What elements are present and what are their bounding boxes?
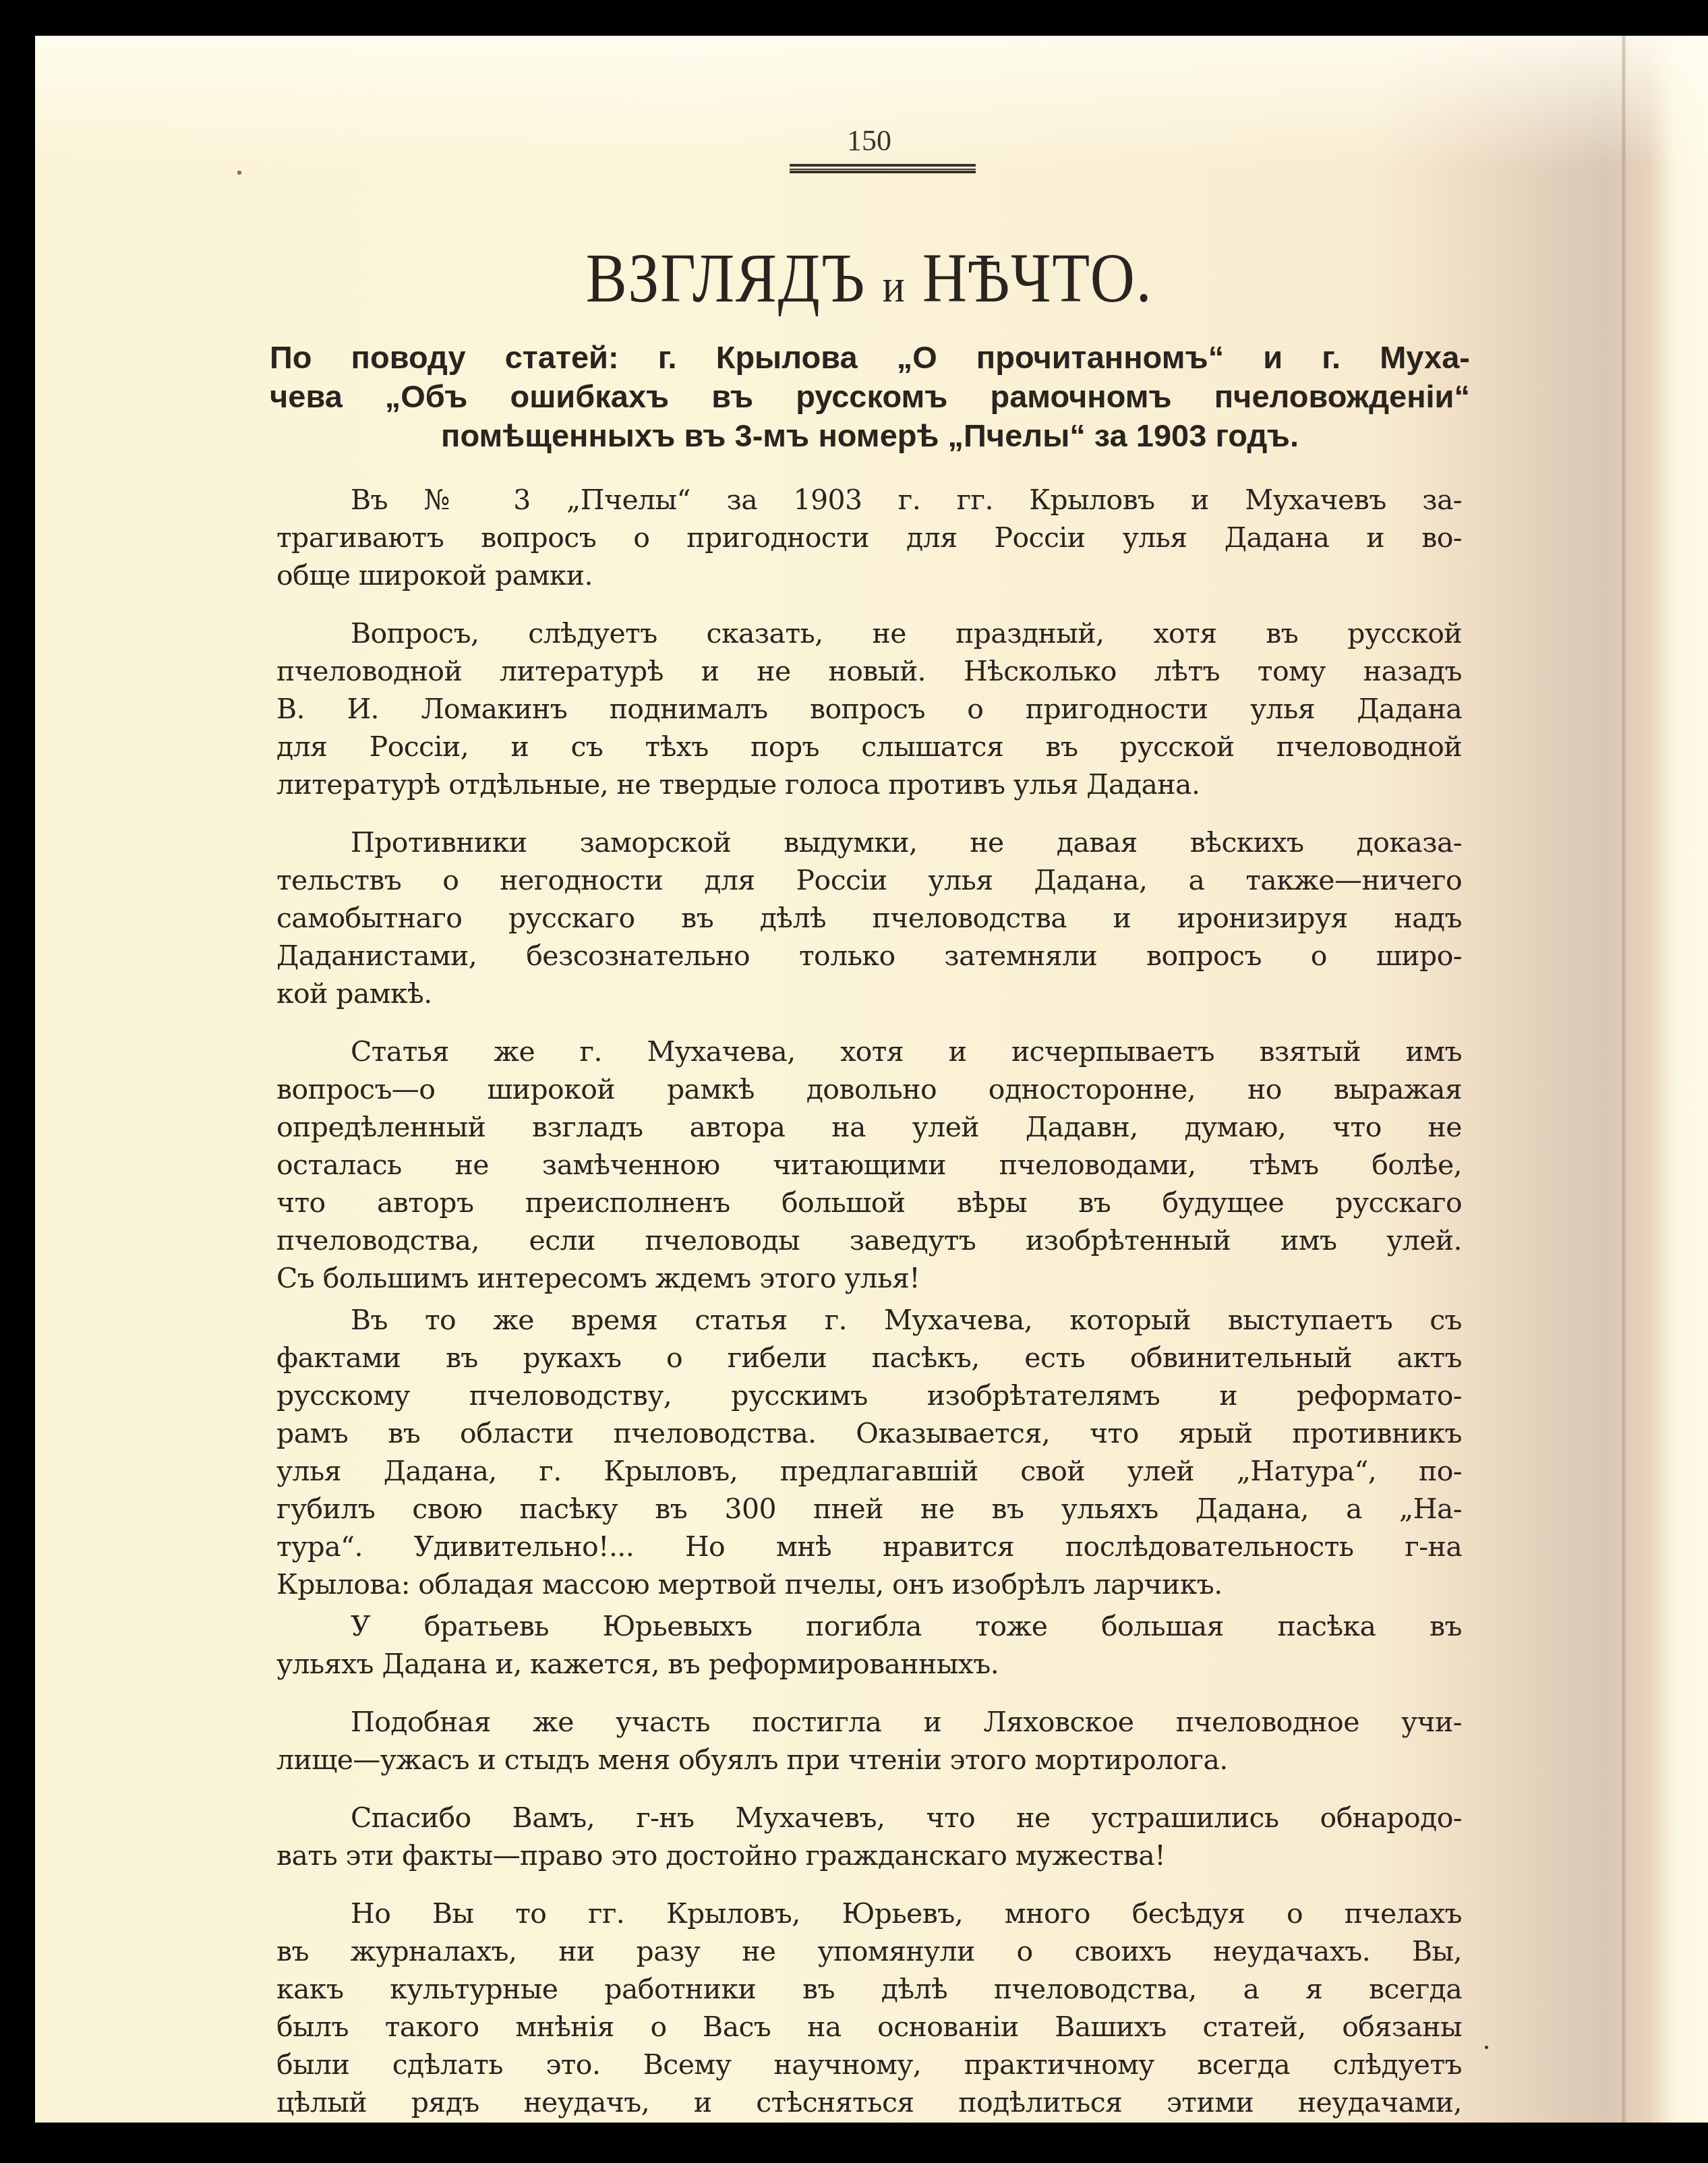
paragraph: Но Вы то гг. Крыловъ, Юрьевъ, много бесѣ… <box>276 1895 1462 2121</box>
text-line: Подобная же участь постигла и Ляховское … <box>276 1703 1462 1741</box>
text-line: Спасибо Вамъ, г-нъ Мухачевъ, что не устр… <box>276 1799 1462 1837</box>
text-line: литературѣ отдѣльные, не твердые голоса … <box>276 766 1462 803</box>
text-line: обще широкой рамки. <box>276 556 1462 594</box>
text-line: русскому пчеловодству, русскимъ изобрѣта… <box>276 1377 1462 1414</box>
paragraph: Противники заморской выдумки, не давая в… <box>276 824 1462 1012</box>
title-word-1: ВЗГЛЯДЪ <box>586 239 866 317</box>
text-line: для Россіи, и съ тѣхъ поръ слышатся въ р… <box>276 728 1462 766</box>
text-line: Въ то же время статья г. Мухачева, котор… <box>276 1301 1462 1339</box>
text-line: Крылова: обладая массою мертвой пчелы, о… <box>276 1565 1462 1603</box>
paragraph: У братьевь Юрьевыхъ погибла тоже большая… <box>276 1607 1462 1683</box>
text-line: трагиваютъ вопросъ о пригодности для Рос… <box>276 519 1462 556</box>
text-line: тура“. Удивительно!... Но мнѣ нравится п… <box>276 1528 1462 1565</box>
text-line: Но Вы то гг. Крыловъ, Юрьевъ, много бесѣ… <box>276 1895 1462 1932</box>
text-line: Вопросъ, слѣдуетъ сказать, не праздный, … <box>276 614 1462 652</box>
text-line: осталась не замѣченною читающими пчелово… <box>276 1146 1462 1184</box>
text-line: рамъ въ области пчеловодства. Оказываетс… <box>276 1414 1462 1452</box>
text-line: пчеловодства, если пчеловоды заведутъ из… <box>276 1221 1462 1259</box>
text-line: Даданистами, безсознательно только затем… <box>276 937 1462 975</box>
paragraph: Подобная же участь постигла и Ляховское … <box>276 1703 1462 1779</box>
subtitle-line: По поводу статей: г. Крылова „О прочитан… <box>270 338 1470 377</box>
text-line: въ журналахъ, ни разу не упомянули о сво… <box>276 1932 1462 1970</box>
page-number: 150 <box>276 123 1462 158</box>
text-line: фактами въ рукахъ о гибели пасѣкъ, есть … <box>276 1339 1462 1377</box>
paragraph: Въ № 3 „Пчелы“ за 1903 г. гг. Крыловъ и … <box>276 481 1462 594</box>
page-number-rule <box>790 164 976 173</box>
text-line: Съ большимъ интересомъ ждемъ этого улья! <box>276 1259 1462 1297</box>
page-fold-shadow <box>1621 36 1626 2123</box>
text-line: ульяхъ Дадана и, кажется, въ реформирова… <box>276 1645 1462 1683</box>
text-line: лище—ужасъ и стыдъ меня обуялъ при чтені… <box>276 1741 1462 1779</box>
text-line: улья Дадана, г. Крыловъ, предлагавшій св… <box>276 1452 1462 1490</box>
text-line: какъ культурные работники въ дѣлѣ пчелов… <box>276 1970 1462 2008</box>
text-line: самобытнаго русскаго въ дѣлѣ пчеловодств… <box>276 899 1462 937</box>
subtitle-line: помѣщенныхъ въ 3-мъ номерѣ „Пчелы“ за 19… <box>270 416 1470 455</box>
ink-speck <box>237 171 241 175</box>
text-line: опредѣленный взгладъ автора на улей Дада… <box>276 1108 1462 1146</box>
article-subtitle: По поводу статей: г. Крылова „О прочитан… <box>270 338 1470 455</box>
text-line: тельствъ о негодности для Россіи улья Да… <box>276 861 1462 899</box>
paragraph: Спасибо Вамъ, г-нъ Мухачевъ, что не устр… <box>276 1799 1462 1874</box>
text-line: пчеловодной литературѣ и не новый. Нѣско… <box>276 652 1462 690</box>
text-line: губилъ свою пасѣку въ 300 пней не въ уль… <box>276 1490 1462 1528</box>
text-line: Противники заморской выдумки, не давая в… <box>276 824 1462 861</box>
paragraph: Вопросъ, слѣдуетъ сказать, не праздный, … <box>276 614 1462 803</box>
text-line: вопросъ—о широкой рамкѣ довольно односто… <box>276 1070 1462 1108</box>
text-line: кой рамкѣ. <box>276 975 1462 1012</box>
article-body: Въ № 3 „Пчелы“ за 1903 г. гг. Крыловъ и … <box>276 481 1462 2141</box>
title-conjunction: и <box>883 260 906 312</box>
scanned-page: 150 ВЗГЛЯДЪ и НѢЧТО. По поводу статей: г… <box>35 36 1708 2123</box>
text-line: цѣлый рядъ неудачъ, и стѣсняться подѣлит… <box>276 2083 1462 2121</box>
text-line: былъ такого мнѣнія о Васъ на основаніи В… <box>276 2008 1462 2046</box>
text-line: были сдѣлать это. Всему научному, практи… <box>276 2046 1462 2083</box>
subtitle-line: чева „Объ ошибкахъ въ русскомъ рамочномъ… <box>270 377 1470 416</box>
text-line: вать эти факты—право это достойно гражда… <box>276 1837 1462 1874</box>
text-line: что авторъ преисполненъ большой вѣры въ … <box>276 1184 1462 1221</box>
article-title: ВЗГЛЯДЪ и НѢЧТО. <box>347 238 1390 318</box>
text-line: Статья же г. Мухачева, хотя и исчерпывае… <box>276 1033 1462 1070</box>
paragraph: Въ то же время статья г. Мухачева, котор… <box>276 1301 1462 1603</box>
text-line: Въ № 3 „Пчелы“ за 1903 г. гг. Крыловъ и … <box>276 481 1462 519</box>
title-word-2: НѢЧТО. <box>922 239 1152 317</box>
text-line: У братьевь Юрьевыхъ погибла тоже большая… <box>276 1607 1462 1645</box>
paragraph: Статья же г. Мухачева, хотя и исчерпывае… <box>276 1033 1462 1297</box>
text-line: В. И. Ломакинъ поднималъ вопросъ о приго… <box>276 690 1462 728</box>
ink-speck <box>1485 2046 1488 2049</box>
